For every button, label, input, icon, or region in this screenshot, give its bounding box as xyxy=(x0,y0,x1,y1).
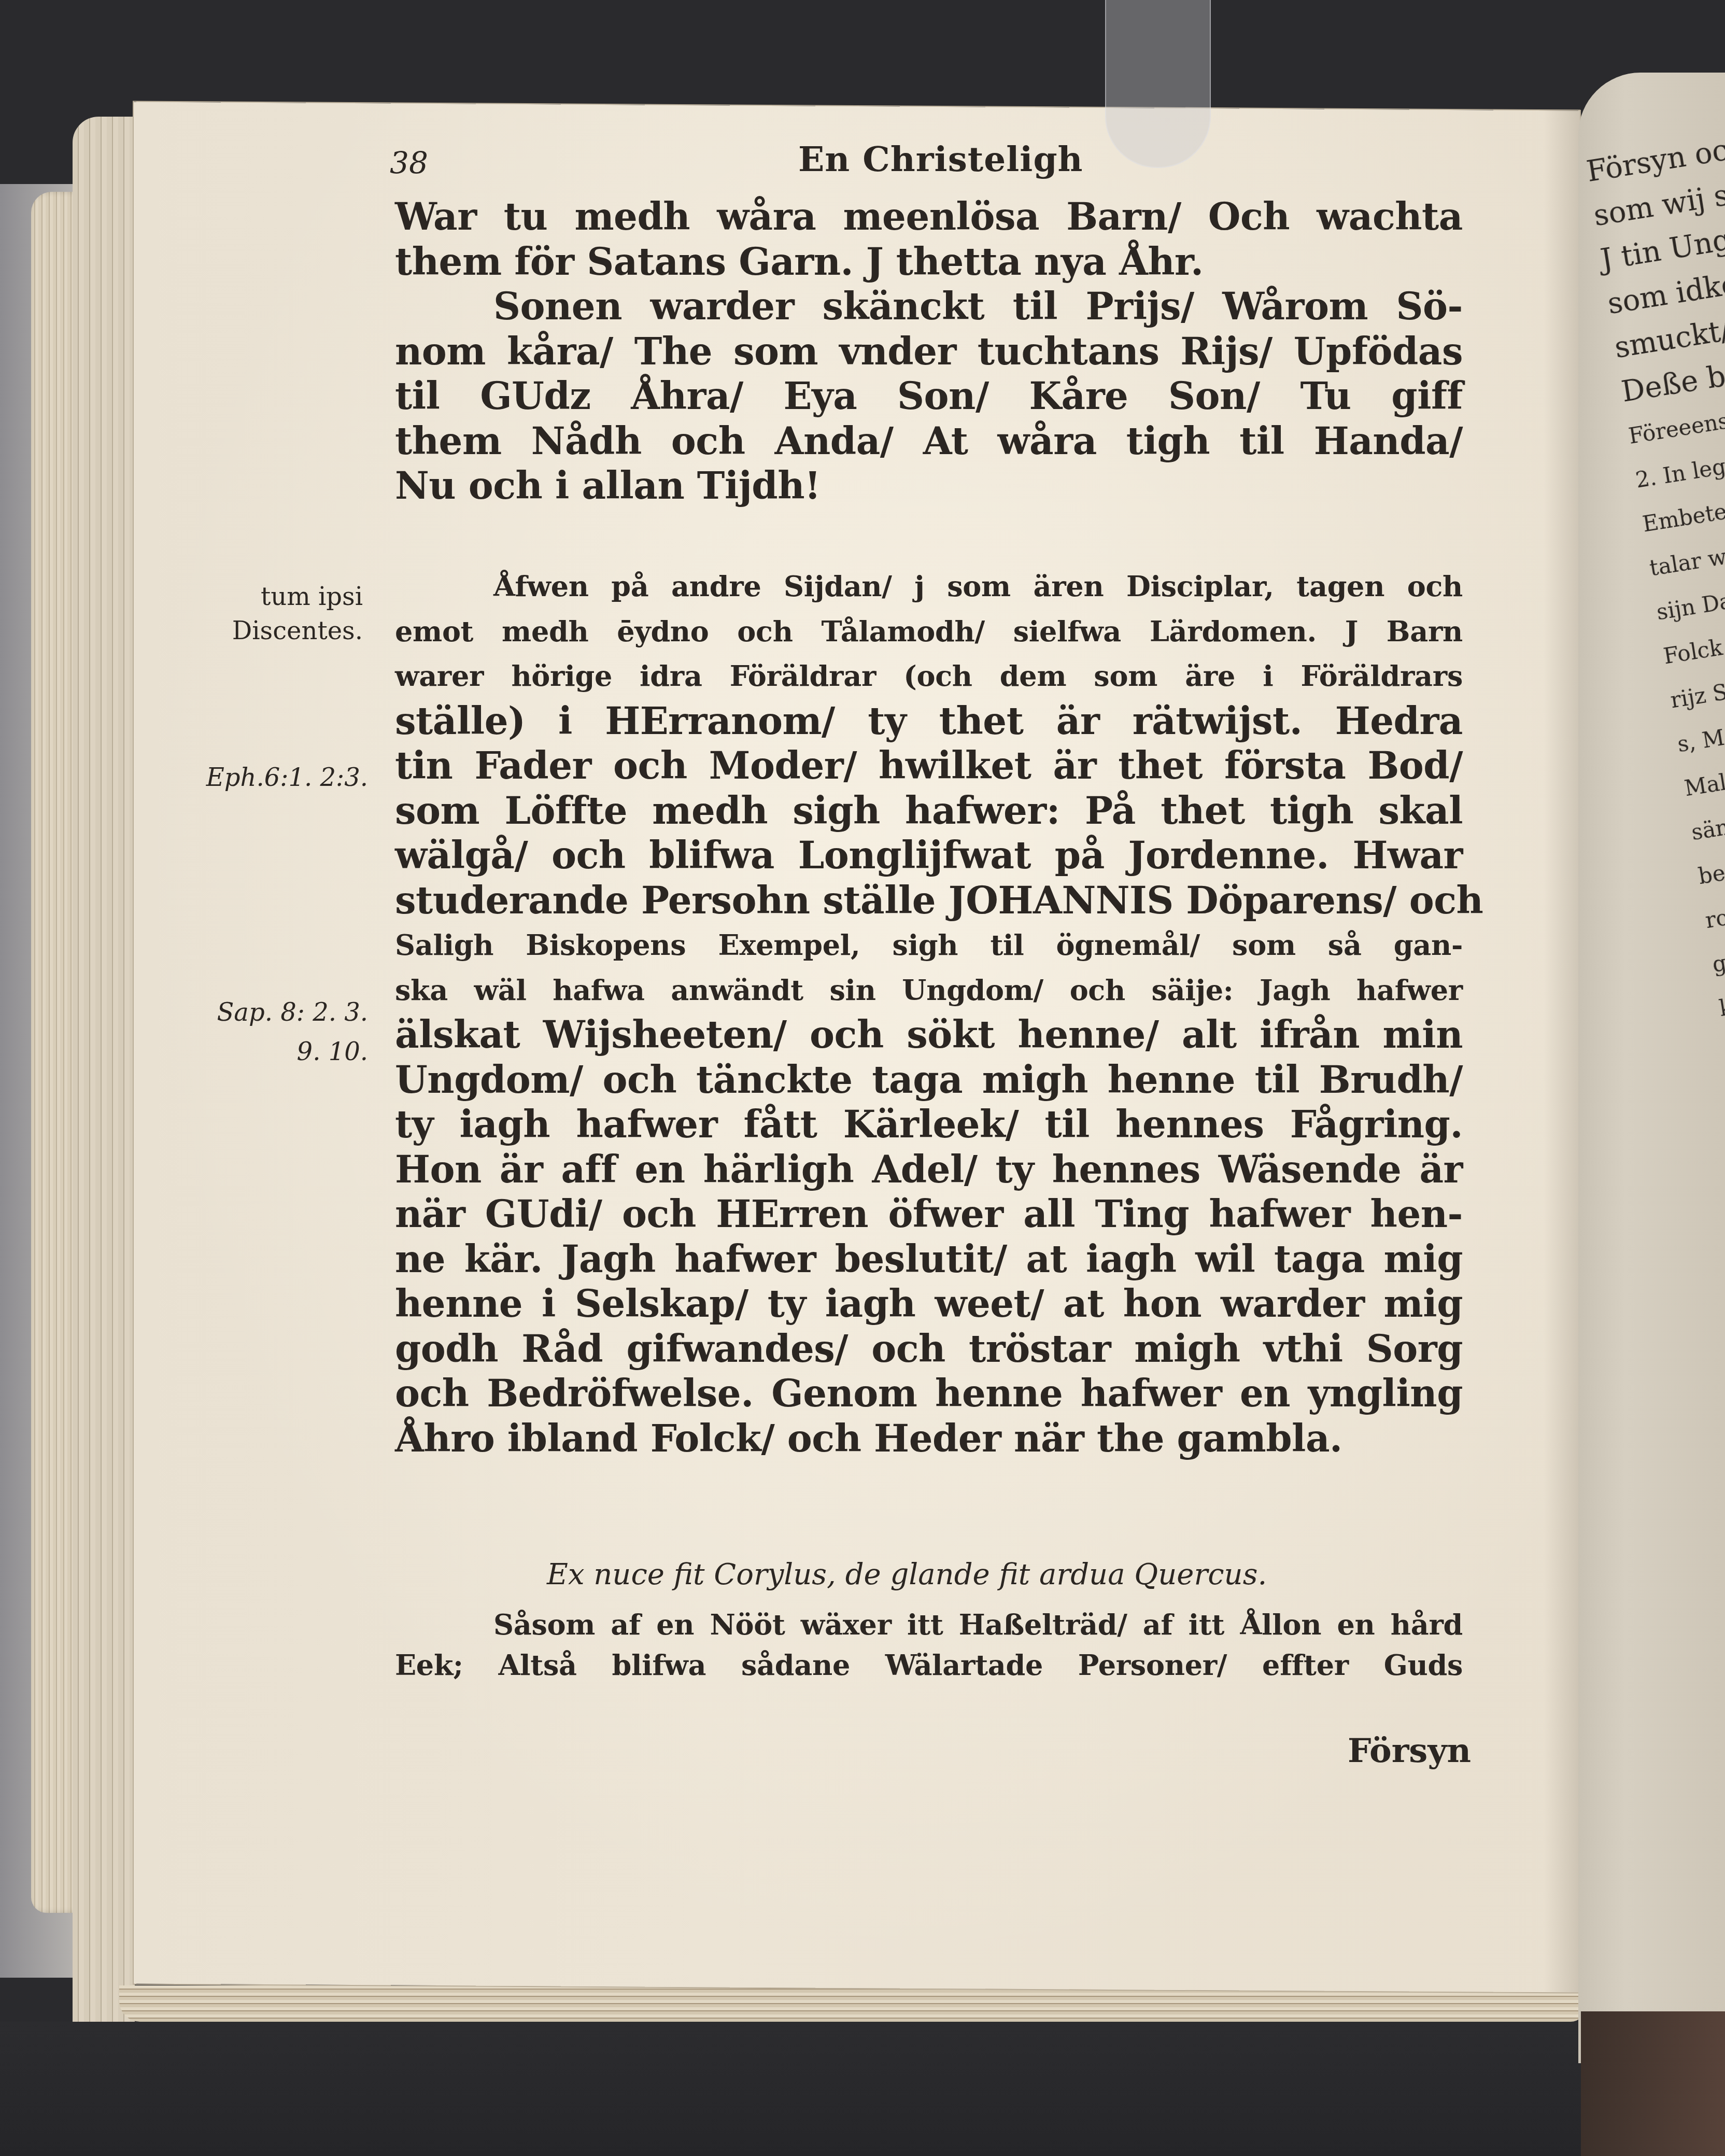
text-line: ty iagh hafwer fått Kärleek/ til hennes … xyxy=(395,1102,1463,1147)
text-line: them Nådh och Anda/ At wåra tigh til Han… xyxy=(395,419,1463,464)
backdrop-bottom xyxy=(0,2022,1725,2156)
page-holder-strip xyxy=(1105,0,1211,168)
text-line: warer hörige idra Föräldrar (och dem som… xyxy=(395,654,1463,699)
text-line: til GUdz Åhra/ Eya Son/ Kåre Son/ Tu gif… xyxy=(395,374,1463,419)
text-line: Åhro ibland Folck/ och Heder när the gam… xyxy=(395,1416,1463,1461)
book-cover-corner xyxy=(1581,2011,1725,2156)
text-line: och Bedröfwelse. Genom henne hafwer en y… xyxy=(395,1371,1463,1416)
text-line: tin Fader och Moder/ hwilket är thet för… xyxy=(395,743,1463,788)
text-line: Ungdom/ och tänckte taga migh henne til … xyxy=(395,1058,1463,1103)
margin-note-line: Discentes. xyxy=(218,614,363,648)
text-line: nom kåra/ The som vnder tuchtans Rijs/ U… xyxy=(395,329,1463,374)
book-page-right-fragment: Försyn och Skickelse/ isom wij siungom i… xyxy=(1578,73,1725,2063)
text-line: Åfwen på andre Sijdan/ j som ären Discip… xyxy=(395,564,1463,609)
text-line: älskat Wijsheeten/ och sökt henne/ alt i… xyxy=(395,1012,1463,1058)
text-line: studerande Persohn ställe JOHANNIS Döpar… xyxy=(395,878,1463,923)
text-line: Sonen warder skänckt til Prijs/ Wårom Sö… xyxy=(395,284,1463,329)
text-line: wälgå/ och blifwa Longlijfwat på Jordenn… xyxy=(395,833,1463,878)
catchword: Försyn xyxy=(1348,1731,1471,1770)
text-line: Nu och i allan Tijdh! xyxy=(395,463,1463,509)
text-line: godh Råd gifwandes/ och tröstar migh vth… xyxy=(395,1327,1463,1372)
margin-note-sapientia: Sap. 8: 2. 3. 9. 10. xyxy=(207,993,368,1072)
text-block-closing: Såsom af en Nööt wäxer itt Haßelträd/ af… xyxy=(395,1604,1463,1685)
text-line: Saligh Biskopens Exempel, sigh til ögnem… xyxy=(395,923,1463,968)
text-line: War tu medh wåra meenlösa Barn/ Och wach… xyxy=(395,194,1463,239)
latin-motto: Ex nuce fit Corylus, de glande fit ardua… xyxy=(547,1558,1267,1591)
text-line: emot medh ēydno och Tålamodh/ sielfwa Lä… xyxy=(395,609,1463,654)
text-line: Eek; Altså blifwa sådane Wälartade Perso… xyxy=(395,1645,1463,1685)
adjacent-page-text: Försyn och Skickelse/ isom wij siungom i… xyxy=(1583,123,1725,1603)
text-block-hymn: War tu medh wåra meenlösa Barn/ Och wach… xyxy=(395,194,1463,509)
text-line: them för Satans Garn. J thetta nya Åhr. xyxy=(395,239,1463,285)
margin-note-line: tum ipsi xyxy=(218,580,363,614)
margin-note-line: 9. 10. xyxy=(207,1032,368,1072)
running-head: En Christeligh xyxy=(798,139,1083,179)
margin-note-ephesians: Eph.6:1. 2:3. xyxy=(202,763,368,792)
text-line: som Löffte medh sigh hafwer: På thet tig… xyxy=(395,788,1463,834)
text-line: Såsom af en Nööt wäxer itt Haßelträd/ af… xyxy=(395,1604,1463,1645)
text-line: ne kär. Jagh hafwer beslutit/ at iagh wi… xyxy=(395,1237,1463,1282)
page-edges-stack-inner xyxy=(73,117,135,2045)
margin-note-line: Sap. 8: 2. 3. xyxy=(207,993,368,1032)
text-line: ska wäl hafwa anwändt sin Ungdom/ och sä… xyxy=(395,968,1463,1013)
text-block-main: Åfwen på andre Sijdan/ j som ären Discip… xyxy=(395,564,1463,1461)
margin-note-discentes: tum ipsi Discentes. xyxy=(218,580,363,648)
text-line: henne i Selskap/ ty iagh weet/ at hon wa… xyxy=(395,1281,1463,1327)
text-line: när GUdi/ och HErren öfwer all Ting hafw… xyxy=(395,1192,1463,1237)
text-line: Hon är aff en härligh Adel/ ty hennes Wä… xyxy=(395,1147,1463,1192)
page-number: 38 xyxy=(390,145,428,180)
text-line: ställe) i HErranom/ ty thet är rätwijst.… xyxy=(395,699,1463,744)
